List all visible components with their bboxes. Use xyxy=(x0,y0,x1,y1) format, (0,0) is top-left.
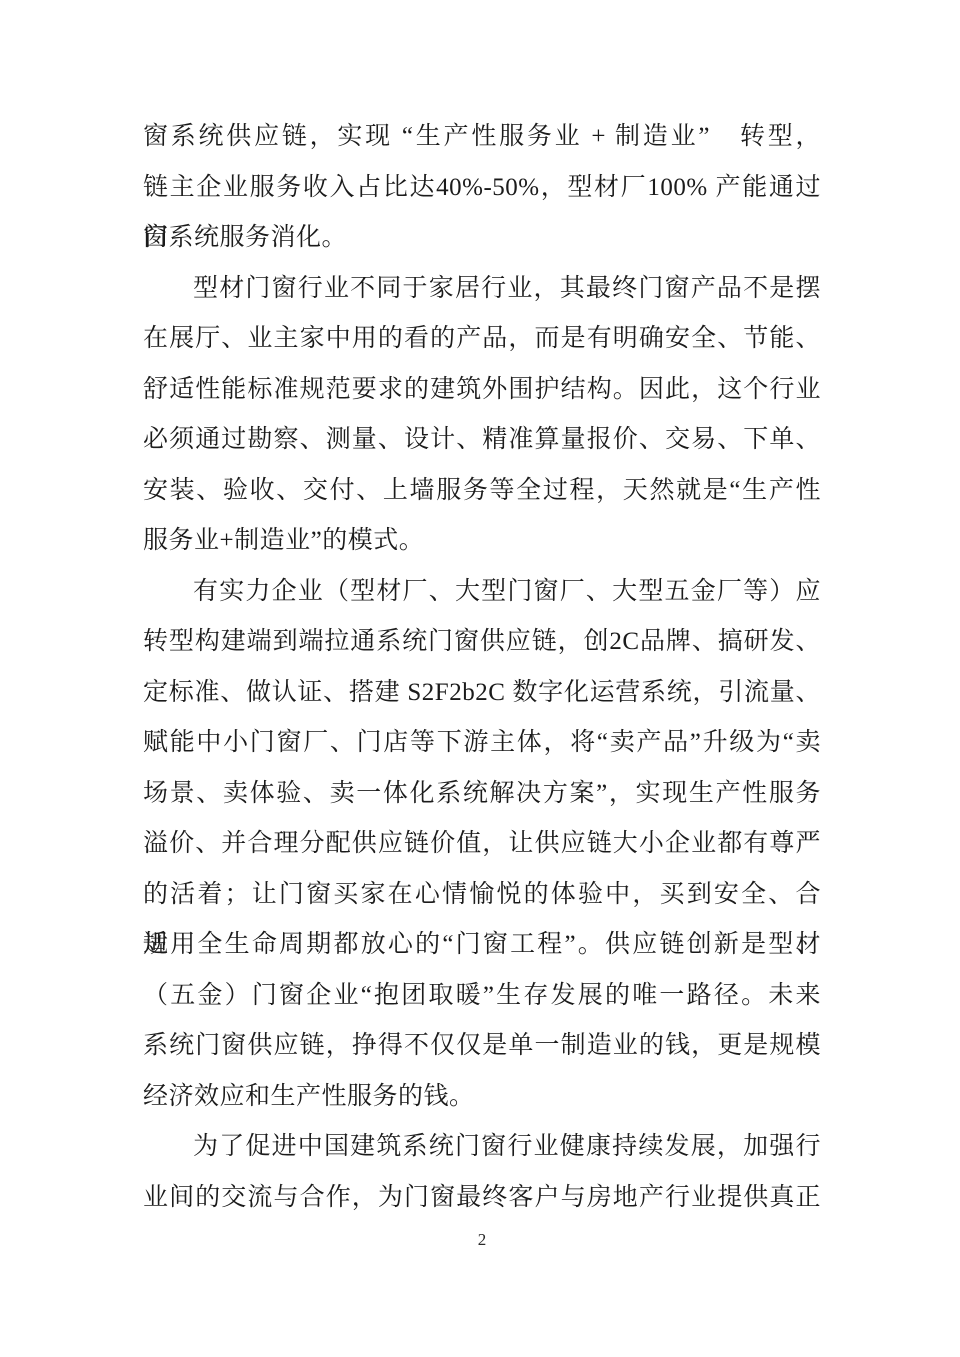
text-line: 定标准、做认证、搭建 S2F2b2C 数字化运营系统，引流量、 xyxy=(143,668,821,719)
body-text: 窗系统供应链，实现 “生产性服务业 + 制造业” 转型， 链主企业服务收入占比达… xyxy=(143,112,821,1223)
text-line: 系统门窗供应链，挣得不仅仅是单一制造业的钱，更是规模 xyxy=(143,1021,821,1072)
text-line: 溢价、并合理分配供应链价值，让供应链大小企业都有尊严 xyxy=(143,819,821,870)
text-line: 在展厅、业主家中用的看的产品，而是有明确安全、节能、 xyxy=(143,314,821,365)
text-line: 必须通过勘察、测量、设计、精准算量报价、交易、下单、 xyxy=(143,415,821,466)
text-line: 转型构建端到端拉通系统门窗供应链，创2C品牌、搞研发、 xyxy=(143,617,821,668)
text-line: 赋能中小门窗厂、门店等下游主体，将“卖产品”升级为“卖 xyxy=(143,718,821,769)
text-line: 型材门窗行业不同于家居行业，其最终门窗产品不是摆 xyxy=(143,264,821,315)
text-line: 安装、验收、交付、上墙服务等全过程，天然就是“生产性 xyxy=(143,466,821,517)
text-line: 窗系统服务消化。 xyxy=(143,213,821,264)
text-line: 适用全生命周期都放心的“门窗工程”。供应链创新是型材 xyxy=(143,920,821,971)
text-line: 为了促进中国建筑系统门窗行业健康持续发展，加强行 xyxy=(143,1122,821,1173)
text-line: 经济效应和生产性服务的钱。 xyxy=(143,1072,821,1123)
text-line: （五金）门窗企业“抱团取暖”生存发展的唯一路径。未来 xyxy=(143,971,821,1022)
page-number: 2 xyxy=(478,1230,487,1249)
text-line: 业间的交流与合作，为门窗最终客户与房地产行业提供真正 xyxy=(143,1173,821,1224)
text-line: 场景、卖体验、卖一体化系统解决方案”，实现生产性服务 xyxy=(143,769,821,820)
document-page: 窗系统供应链，实现 “生产性服务业 + 制造业” 转型， 链主企业服务收入占比达… xyxy=(0,0,960,1357)
text-line: 链主企业服务收入占比达40%-50%，型材厂100% 产能通过门 xyxy=(143,163,821,214)
text-line: 服务业+制造业”的模式。 xyxy=(143,516,821,567)
text-line: 的活着；让门窗买家在心情愉悦的体验中，买到安全、合规、 xyxy=(143,870,821,921)
page-footer: 2 xyxy=(143,1230,821,1250)
text-line: 有实力企业（型材厂、大型门窗厂、大型五金厂等）应 xyxy=(143,567,821,618)
text-line: 窗系统供应链，实现 “生产性服务业 + 制造业” 转型， xyxy=(143,112,821,163)
text-line: 舒适性能标准规范要求的建筑外围护结构。因此，这个行业 xyxy=(143,365,821,416)
